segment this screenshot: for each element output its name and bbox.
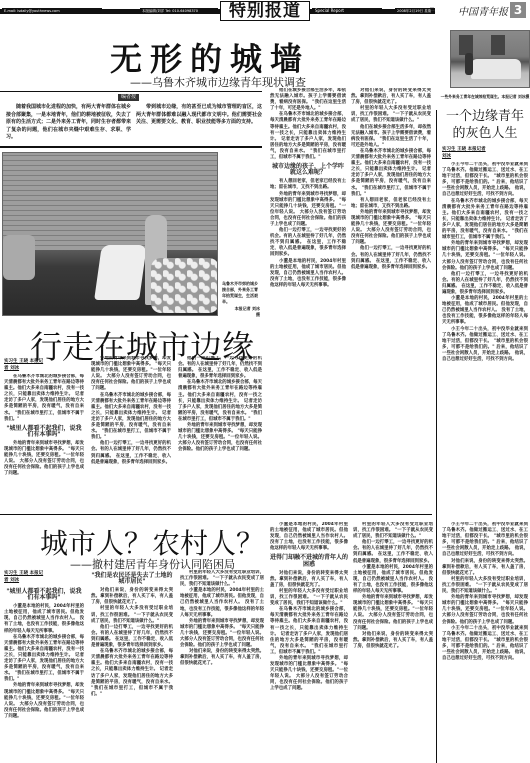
body-text: 外地的青年来到城市寻找梦想，却发现城市的门槛比想象中高得多。 "每天只能挣几十块… [442, 595, 528, 625]
body-text: 村里的年轻人大多没有受过职业培训，找工作很困难。 "一下子就从农民变成了居民，我… [91, 606, 173, 624]
header-date: 2008年2月19日 星期一 [395, 8, 435, 14]
lead-story-column-2: 对他们来说，身份的转变来得太突然。拿到补偿款后，有人买了车，有人盖了房，但很快就… [351, 88, 431, 508]
body-text: 外地的青年来到城市寻找梦想，却发现城市的门槛比想象中高得多。 "每天只能挣几十块… [353, 595, 433, 632]
section-title-en: Special Report [312, 8, 382, 14]
body-text: 他们一边打零工，一边寻找更好的机会。有的人在城里待了好几年，仍然找不到归属感。 … [178, 356, 262, 380]
body-text: 在乌鲁木齐市城北的城乡接合部，每天清晨都有大批外来务工青年在路边等待雇主。他们大… [442, 199, 528, 242]
body-text: 外地的青年来到城市寻找梦想，却发现城市的门槛比想象中高得多。 "每天只能挣几十块… [180, 619, 264, 649]
body-text: 对他们来说，身份的转变来得太突然。拿到补偿款后，有人买了车，有人盖了房，但很快就… [351, 88, 431, 106]
story1-column-3: 他们一边打零工，一边寻找更好的机会。有的人在城里待了好几年，仍然找不到归属感。 … [178, 356, 262, 504]
body-text: 他们一边打零工，一边寻找更好的机会。有的人在城里待了好几年，仍然找不到归属感。 … [91, 625, 173, 649]
body-text: 在乌鲁木齐市城北的城乡接合部，每天清晨都有大批外来务工青年在路边等待雇主。他们大… [270, 607, 348, 656]
story1-byline: 实习生 王晓 本报记者 刘冰 [4, 358, 44, 372]
page-number: 3 [510, 2, 526, 18]
lead-story-column-1: 他们在城乡接合部生活多年，却依然无法融入城市。孩子上学需要借读费，看病没有医保。… [270, 88, 346, 508]
subheading: 进得门却融不进城的青年人的困惑 [270, 555, 348, 567]
body-text: 小董是本地的村民，2004年村里的土地被征用，他成了城市居民。但他发现，自己仍然… [4, 604, 84, 634]
body-text: 他们在城乡接合部生活多年，却依然无法融入城市。孩子上学需要借读费，看病没有医保。… [270, 88, 346, 112]
body-text: 外地的青年来到城市寻找梦想，却发现城市的门槛比想象中高得多。 "每天只能挣几十块… [4, 441, 84, 478]
divider [0, 514, 432, 515]
body-text: 他们一边打零工，一边寻找更好的机会。有的人在城里待了好几年，仍然找不到归属感。 … [442, 272, 528, 296]
body-text: 小王今年二十出头，初中没毕业就来到了乌鲁木齐。他做过搬运工、送过水、在工地干过活… [442, 522, 528, 559]
body-text: 外地的青年来到城市寻找梦想，却发现城市的门槛比想象中高得多。 "每天只能挣几十块… [351, 210, 431, 247]
body-text: 小董是本地的村民，2004年村里的土地被征用，他成了城市居民。但他发现，自己仍然… [270, 259, 346, 289]
body-text: 有人想回老家，但老家已经没有土地；留在城市，又找不到出路。 [351, 198, 431, 210]
story-photo [2, 152, 218, 316]
body-text: 他们在城乡接合部生活多年，却依然无法融入城市。孩子上学需要借读费，看病没有医保。… [351, 125, 431, 149]
body-text: 他们一边打零工，一边寻找更好的机会。有的人在城里待了好几年，仍然找不到归属感。 … [270, 228, 346, 258]
sidebar-column: 小王今年二十出头，初中没毕业就来到了乌鲁木齐。他做过搬运工、送过水、在工地干过活… [442, 162, 528, 522]
story2-column-1: "城里人都看不起我们，说我们有本事吗" 小董是本地的村民，2004年村里的土地被… [4, 586, 84, 763]
story2-byline: 实习生 王晓 本报记者 刘冰 [4, 570, 44, 584]
body-text: 对他们来说，身份的转变来得太突然。拿到补偿款后，有人买了车，有人盖了房，但很快就… [180, 649, 264, 667]
body-text: 在乌鲁木齐市城北的城乡接合部，每天清晨都有大批外来务工青年在路边等待雇主。他们大… [351, 149, 431, 198]
sidebar-byline: 实习生 王晓 本报记者 刘冰 [442, 146, 486, 160]
story2-column-5: 村里的年轻人大多没有受过职业培训，找工作很困难。 "一下子就从农民变成了居民，我… [353, 522, 433, 763]
sidebar-photo-caption: 一些外来务工青年在城郊拾荒谋生。本报记者 刘冰摄 [440, 94, 530, 100]
body-text: 小董是本地的村民，2004年村里的土地被征用，他成了城市居民。但他发现，自己仍然… [353, 565, 433, 595]
body-text: 在乌鲁木齐市城北的城乡接合部，每天清晨都有大批外来务工青年在路边等待雇主。他们大… [270, 112, 346, 161]
editor-note-label: 编者按 [118, 94, 139, 101]
body-text: 有人想回老家，但老家已经没有土地；留在城市，又找不到出路。 [270, 179, 346, 191]
body-text: 村里的年轻人大多没有受过职业培训，找工作很困难。 "一下子就从农民变成了居民，我… [442, 577, 528, 595]
body-text: 他们一边打零工，一边寻找更好的机会。有的人在城里待了好几年，仍然找不到归属感。 … [351, 246, 431, 270]
body-text: 外地的青年来到城市寻找梦想，却发现城市的门槛比想象中高得多。 "每天只能挣几十块… [270, 656, 348, 693]
story2-column-3: 村里的年轻人大多没有受过职业培训，找工作很困难。 "一下子就从农民变成了居民，我… [180, 570, 264, 763]
body-text: 外地的青年来到城市寻找梦想，却发现城市的门槛比想象中高得多。 "每天只能挣几十块… [91, 356, 171, 393]
editor-note-right: 带到城市边缘，有的甚至已成为城市管理的盲区，这两大青年群体都难以融入现代都市文明… [136, 104, 262, 127]
body-text: 在乌鲁木齐市城北的城乡接合部，每天清晨都有大批外来务工青年在路边等待雇主。他们大… [4, 635, 84, 684]
divider [0, 146, 262, 148]
body-text: 村里的年轻人大多没有受过职业培训，找工作很困难。 "一下子就从农民变成了居民，我… [351, 106, 431, 124]
body-text: 对他们来说，身份的转变来得太突然。拿到补偿款后，有人买了车，有人盖了房，但很快就… [353, 632, 433, 650]
masthead-logo: 中国青年报 [458, 3, 508, 18]
body-text: 外地的青年来到城市寻找梦想，却发现城市的门槛比想象中高得多。 "每天只能挣几十块… [4, 683, 84, 720]
body-text: 外地的青年来到城市寻找梦想，却发现城市的门槛比想象中高得多。 "每天只能挣几十块… [270, 192, 346, 229]
slash-ornament-icon: \\\\ [430, 7, 434, 14]
body-text: 小王今年二十出头，初中没毕业就来到了乌鲁木齐。他做过搬运工、送过水、在工地干过活… [442, 327, 528, 364]
subheading: "城里人都看不起我们，说我们有本事吗" [4, 426, 84, 438]
sidebar-divider [436, 110, 437, 763]
subheading: 城市边缘的孩子，上个学咋就这么难呢？ [270, 164, 346, 176]
body-text: 村里的年轻人大多没有受过职业培训，找工作很困难。 "一下子就从农民变成了居民，我… [353, 522, 433, 540]
page-header: E-mail: lsdaily@youthnews.com 本版编辑/刘洋 Te… [0, 0, 530, 22]
body-text: 对他们来说，身份的转变来得太突然。拿到补偿款后，有人买了车，有人盖了房，但很快就… [91, 588, 173, 606]
body-text: 小董是本地的村民，2004年村里的土地被征用，他成了城市居民。但他发现，自己仍然… [442, 296, 528, 326]
body-text: 小董是本地的村民，2004年村里的土地被征用，他成了城市居民。但他发现，自己仍然… [270, 522, 348, 552]
story1-column-1: 在乌鲁木齐市城北的城乡接合部，每天清晨都有大批外来务工青年在路边等待雇主。他们大… [4, 374, 84, 504]
photo-caption: 乌鲁木齐市郊的城乡接合部，外来务工青年拾荒谋生，生活艰辛。 [222, 281, 260, 305]
body-text: 在乌鲁木齐市城北的城乡接合部，每天清晨都有大批外来务工青年在路边等待雇主。他们大… [4, 374, 84, 423]
editor-note-left: 随着我国城市化进程的加快，有两大青年群体在城乡接合部聚集，一是本地青年，他们的耕… [6, 104, 131, 142]
body-text: 外地的青年来到城市寻找梦想，却发现城市的门槛比想象中高得多。 "每天只能挣几十块… [442, 241, 528, 271]
section-title: 特别报道 [220, 1, 310, 21]
header-editor-info: 本版编辑/刘洋 Tel: 010-64098370 [140, 8, 218, 14]
body-text: 对他们来说，身份的转变来得太突然。拿到补偿款后，有人买了车，有人盖了房，但很快就… [442, 559, 528, 577]
story1-column-2: 外地的青年来到城市寻找梦想，却发现城市的门槛比想象中高得多。 "每天只能挣几十块… [91, 356, 171, 504]
sidebar-column-lower: 小王今年二十出头，初中没毕业就来到了乌鲁木齐。他做过搬运工、送过水、在工地干过活… [442, 522, 528, 763]
body-text: 在乌鲁木齐市城北的城乡接合部，每天清晨都有大批外来务工青年在路边等待雇主。他们大… [178, 380, 262, 423]
body-text: 小董是本地的村民，2004年村里的土地被征用，他成了城市居民。但他发现，自己仍然… [180, 588, 264, 618]
sidebar-title: 一个边缘青年的灰色人生 [440, 108, 530, 142]
sidebar-photo [450, 30, 530, 88]
body-text: 他们一边打零工，一边寻找更好的机会。有的人在城里待了好几年，仍然找不到归属感。 … [91, 441, 171, 465]
body-text: 在乌鲁木齐市城北的城乡接合部，每天清晨都有大批外来务工青年在路边等待雇主。他们大… [91, 393, 171, 442]
story2-column-4: 小董是本地的村民，2004年村里的土地被征用，他成了城市居民。但他发现，自己仍然… [270, 522, 348, 763]
header-email: E-mail: lsdaily@youthnews.com [2, 8, 102, 14]
body-text: 在乌鲁木齐市城北的城乡接合部，每天清晨都有大批外来务工青年在路边等待雇主。他们大… [91, 649, 173, 698]
subheading: "我们是农民还是失去了土地的城市居民" [91, 573, 173, 585]
body-text: 小王今年二十出头，初中没毕业就来到了乌鲁木齐。他做过搬运工、送过水、在工地干过活… [442, 162, 528, 199]
body-text: 对他们来说，身份的转变来得太突然。拿到补偿款后，有人买了车，有人盖了房，但很快就… [270, 571, 348, 589]
body-text: 小王今年二十出头，初中没毕业就来到了乌鲁木齐。他做过搬运工、送过水、在工地干过活… [442, 626, 528, 663]
story2-column-2: "我们是农民还是失去了土地的城市居民" 对他们来说，身份的转变来得太突然。拿到补… [91, 570, 173, 763]
divider [0, 91, 262, 92]
body-text: 外地的青年来到城市寻找梦想，却发现城市的门槛比想象中高得多。 "每天只能挣几十块… [178, 423, 262, 453]
subheading: "城里人都看不起我们，说我们有本事吗" [4, 589, 84, 601]
body-text: 他们一边打零工，一边寻找更好的机会。有的人在城里待了好几年，仍然找不到归属感。 … [353, 540, 433, 564]
photo-credit: 本报记者 刘冰摄 [232, 306, 260, 318]
body-text: 村里的年轻人大多没有受过职业培训，找工作很困难。 "一下子就从农民变成了居民，我… [270, 589, 348, 607]
body-text: 村里的年轻人大多没有受过职业培训，找工作很困难。 "一下子就从农民变成了居民，我… [180, 570, 264, 588]
